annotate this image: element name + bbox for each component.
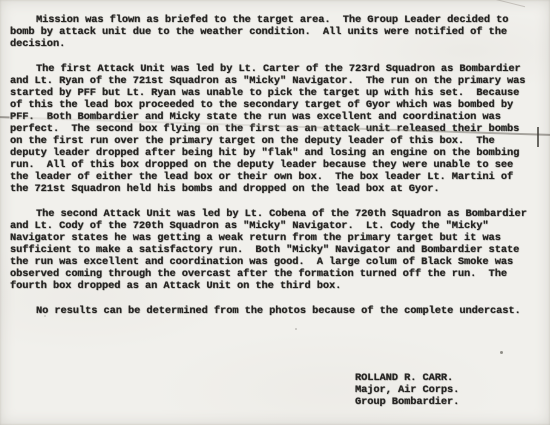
text-line: Major, Air Corps. (355, 384, 544, 396)
text-line: and Lt. Cody of the 720th Squadron as "M… (10, 220, 544, 232)
paragraph-second-attack-unit: The second Attack Unit was led by Lt. Co… (10, 208, 544, 292)
document-body: Mission was flown as briefed to the targ… (10, 14, 544, 408)
paragraph-results: No results can be determined from the ph… (10, 305, 544, 317)
text-line: and Lt. Ryan of the 721st Squadron as "M… (10, 75, 544, 87)
text-line: PFF. Both Bombardier and Micky state the… (10, 111, 544, 123)
text-line: the run was excellent and coordination w… (10, 256, 544, 268)
text-line: on the first run over the primary target… (10, 135, 544, 147)
text-line: bomb by attack unit due to the weather c… (10, 26, 544, 38)
text-line: The second Attack Unit was led by Lt. Co… (10, 208, 544, 220)
text-line: The first Attack Unit was led by Lt. Car… (10, 63, 544, 75)
signature-block: ROLLAND R. CARR.Major, Air Corps.Group B… (355, 372, 544, 408)
text-line: No results can be determined from the ph… (10, 305, 544, 317)
scanned-page: Mission was flown as briefed to the targ… (0, 0, 550, 425)
text-line: of this the lead box proceeded to the se… (10, 99, 544, 111)
corner-crease (492, 0, 525, 7)
text-line: Navigator states he was getting a weak r… (10, 232, 544, 244)
text-line: run. All of this box dropped on the depu… (10, 159, 544, 171)
text-line: decision. (10, 38, 544, 50)
text-line: Group Bombardier. (355, 396, 544, 408)
text-line: fourth box dropped as an Attack Unit on … (10, 280, 544, 292)
text-line: the 721st Squadron held his bombs and dr… (10, 183, 544, 195)
text-line: deputy leader dropped after being hit by… (10, 147, 544, 159)
text-line: observed coming through the overcast aft… (10, 268, 544, 280)
text-line: started by PFF but Lt. Ryan was unable t… (10, 87, 544, 99)
text-line: sufficient to make a satisfactory run. B… (10, 244, 544, 256)
text-line: the leader of either the lead box or the… (10, 171, 544, 183)
paragraph-first-attack-unit: The first Attack Unit was led by Lt. Car… (10, 63, 544, 195)
text-line: perfect. The second box flying on the fi… (10, 123, 544, 135)
text-line: Mission was flown as briefed to the targ… (10, 14, 544, 26)
paragraph-mission-summary: Mission was flown as briefed to the targ… (10, 14, 544, 50)
text-line: ROLLAND R. CARR. (355, 372, 544, 384)
